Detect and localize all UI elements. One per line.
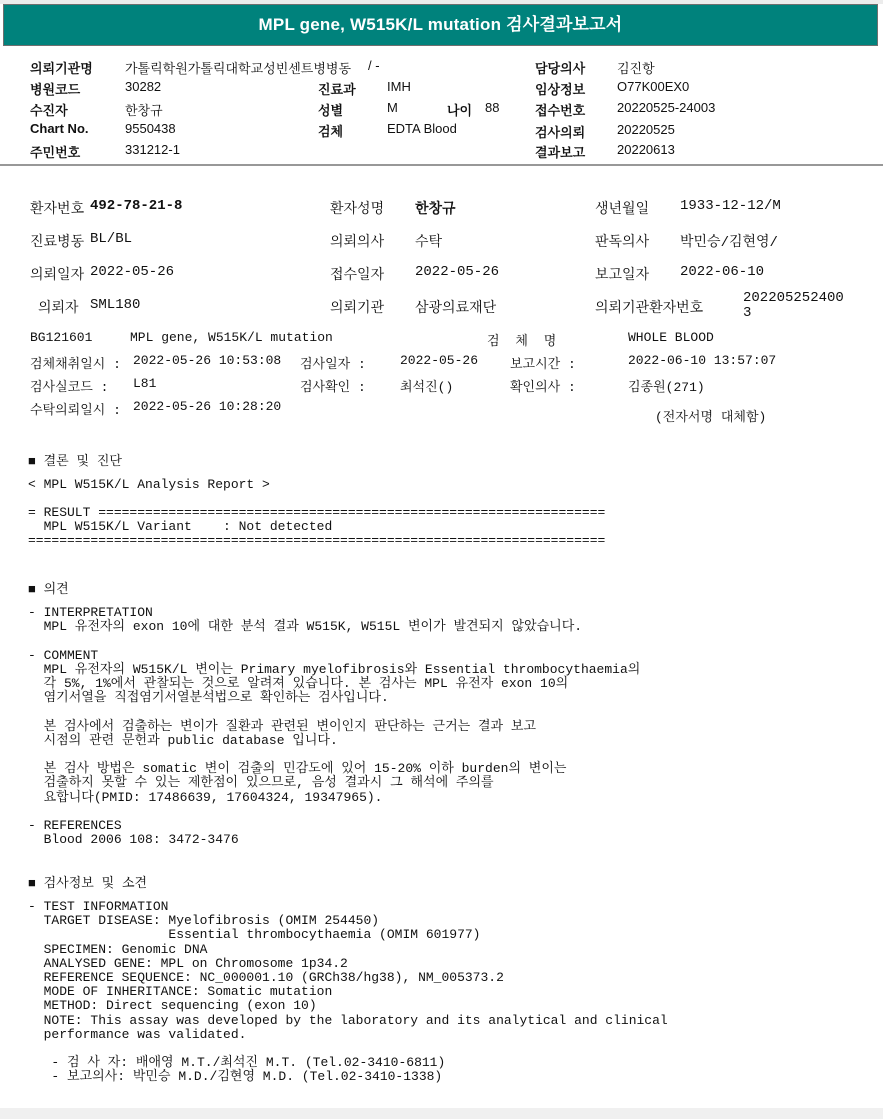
requester-label: 의뢰자 [38, 297, 79, 317]
consign-time-value: 2022-05-26 10:28:20 [133, 399, 281, 414]
esignature-note: (전자서명 대체함) [655, 406, 766, 425]
specimen-name-label: 검 체 명 [487, 330, 560, 349]
request-doctor-value: 수탁 [415, 231, 442, 251]
admin-label-sex: 성별 [318, 100, 343, 119]
request-date-value: 2022-05-26 [90, 264, 174, 280]
admin-value-age: 88 [485, 100, 499, 115]
test-confirm-label: 검사확인 : [300, 376, 366, 395]
report-time-label: 보고시간 : [510, 353, 576, 372]
admin-label-institution: 의뢰기관명 [30, 58, 93, 77]
admin-label-clinical-info: 임상정보 [535, 79, 585, 98]
opinion-body: - INTERPRETATION MPL 유전자의 exon 10에 대한 분석… [28, 606, 640, 847]
admin-label-specimen: 검체 [318, 121, 343, 140]
reading-doctor-label: 판독의사 [595, 231, 649, 251]
test-code: BG121601 [30, 330, 92, 345]
report-time-value: 2022-06-10 13:57:07 [628, 353, 776, 368]
confirm-doctor-label: 확인의사 : [510, 376, 576, 395]
admin-label-department: 진료과 [318, 79, 356, 98]
test-name: MPL gene, W515K/L mutation [130, 330, 333, 345]
reading-doctor-value: 박민승/김현영/ [680, 231, 778, 251]
admin-value-institution-extra: / - [368, 58, 380, 73]
collect-time-label: 검체채취일시 : [30, 353, 121, 372]
admin-value-resident-no: 331212-1 [125, 142, 180, 157]
org-patient-no-value: 2022052524003 [743, 291, 847, 321]
admin-value-examinee: 한창규 [125, 100, 163, 119]
report-date-value: 2022-06-10 [680, 264, 764, 280]
patient-name-label: 환자성명 [330, 198, 384, 218]
admin-label-age: 나이 [447, 100, 472, 119]
test-confirm-value: 최석진() [400, 376, 453, 395]
consign-time-label: 수탁의뢰일시 : [30, 399, 121, 418]
admin-value-chart-no: 9550438 [125, 121, 176, 136]
admin-label-examinee: 수진자 [30, 100, 68, 119]
ward-value: BL/BL [90, 231, 132, 247]
test-date-label: 검사일자 : [300, 353, 366, 372]
section-divider [0, 164, 883, 166]
testinfo-body: - TEST INFORMATION TARGET DISEASE: Myelo… [28, 900, 668, 1085]
requester-value: SML180 [90, 297, 140, 313]
report-title-bar: MPL gene, W515K/L mutation 검사결과보고서 [3, 4, 878, 46]
admin-value-clinical-info: O77K00EX0 [617, 79, 689, 94]
admin-value-department: IMH [387, 79, 411, 94]
bottom-edge-strip [0, 1108, 883, 1119]
admin-label-chart-no: Chart No. [30, 121, 89, 136]
request-date-label: 의뢰일자 [30, 264, 84, 284]
testinfo-heading: ■ 검사정보 및 소견 [28, 872, 147, 891]
opinion-heading: ■ 의견 [28, 578, 69, 597]
request-org-value: 삼광의료재단 [415, 297, 496, 317]
admin-value-hospital-code: 30282 [125, 79, 161, 94]
collect-time-value: 2022-05-26 10:53:08 [133, 353, 281, 368]
confirm-doctor-value: 김종원(271) [628, 376, 705, 395]
admin-value-institution: 가톨릭학원가톨릭대학교성빈센트병병동 [125, 58, 351, 77]
admin-label-receipt-no: 접수번호 [535, 100, 585, 119]
admin-value-specimen: EDTA Blood [387, 121, 457, 136]
admin-label-doctor: 담당의사 [535, 58, 585, 77]
page-title: MPL gene, W515K/L mutation 검사결과보고서 [4, 5, 877, 45]
patient-no-value: 492-78-21-8 [90, 198, 182, 214]
admin-label-hospital-code: 병원코드 [30, 79, 80, 98]
lab-code-label: 검사실코드 : [30, 376, 108, 395]
report-date-label: 보고일자 [595, 264, 649, 284]
report-page: MPL gene, W515K/L mutation 검사결과보고서 의뢰기관명… [0, 0, 883, 1119]
admin-label-result-report: 결과보고 [535, 142, 585, 161]
lab-code-value: L81 [133, 376, 156, 391]
admin-value-doctor: 김진항 [617, 58, 655, 77]
test-date-value: 2022-05-26 [400, 353, 478, 368]
birthdate-label: 생년월일 [595, 198, 649, 218]
conclusion-body: < MPL W515K/L Analysis Report > = RESULT… [28, 478, 605, 548]
specimen-name-value: WHOLE BLOOD [628, 330, 714, 345]
birthdate-value: 1933-12-12/M [680, 198, 781, 214]
conclusion-heading: ■ 결론 및 진단 [28, 450, 122, 469]
admin-value-sex: M [387, 100, 398, 115]
request-doctor-label: 의뢰의사 [330, 231, 384, 251]
patient-name-value: 한창규 [415, 198, 456, 218]
admin-value-result-report: 20220613 [617, 142, 675, 157]
request-org-label: 의뢰기관 [330, 297, 384, 317]
admin-value-test-request: 20220525 [617, 122, 675, 137]
admin-label-resident-no: 주민번호 [30, 142, 80, 161]
admin-label-test-request: 검사의뢰 [535, 122, 585, 141]
receipt-date-label: 접수일자 [330, 264, 384, 284]
ward-label: 진료병동 [30, 231, 84, 251]
receipt-date-value: 2022-05-26 [415, 264, 499, 280]
org-patient-no-label: 의뢰기관환자번호 [595, 297, 703, 317]
admin-value-receipt-no: 20220525-24003 [617, 100, 715, 115]
patient-no-label: 환자번호 [30, 198, 84, 218]
